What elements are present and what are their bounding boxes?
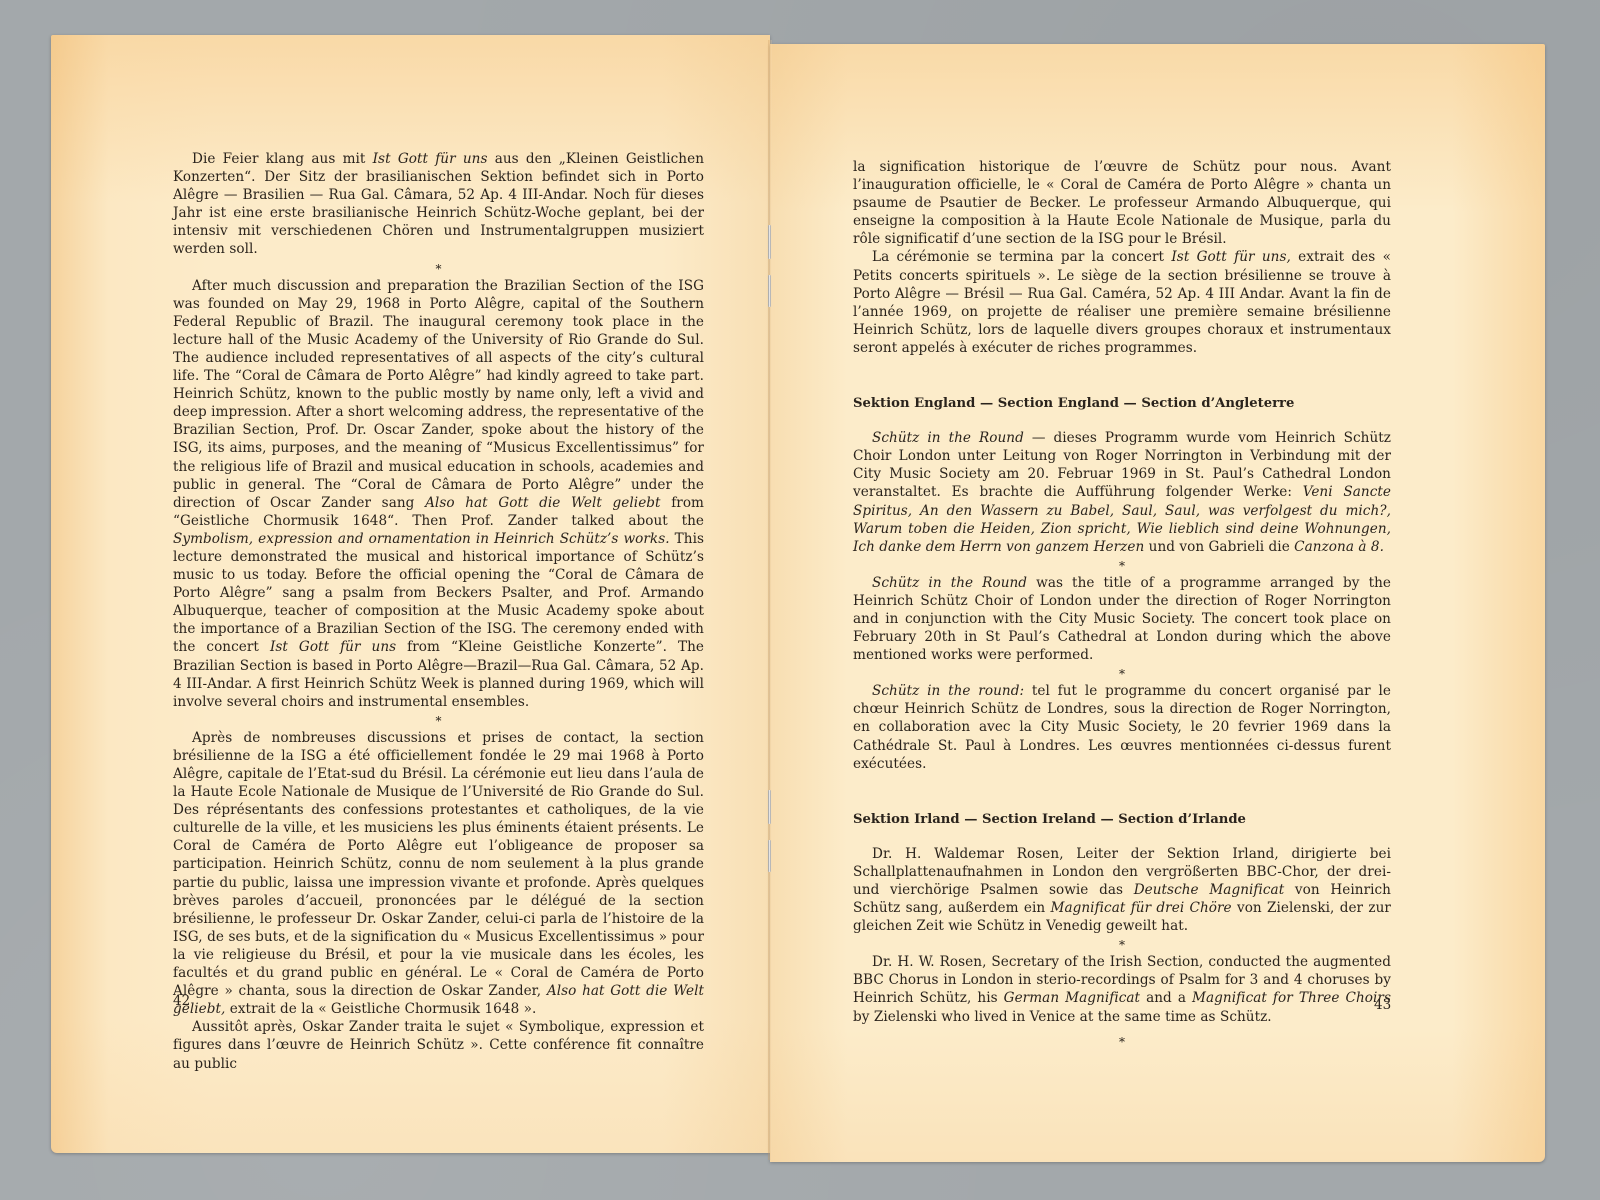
staple-top-lower [768,275,771,307]
asterisk-separator: * [853,1032,1391,1050]
section-heading: Sektion England — Section England — Sect… [853,395,1391,413]
section-heading: Sektion Irland — Section Ireland — Secti… [853,811,1391,829]
spacer [853,413,1391,429]
right-page-text: la signification historique de l’œuvre d… [853,158,1391,1050]
staple-bottom-lower [768,840,771,872]
text-run: La cérémonie se termina par la concert [872,249,1171,265]
asterisk-separator: * [853,556,1391,574]
paragraph-de: Die Feier klang aus mit Ist Gott für uns… [173,150,704,259]
paragraph-en: After much discussion and preparation th… [173,277,704,711]
text-run: This lecture demonstrated the musical an… [173,531,704,656]
paragraph-fr: Schütz in the round: tel fut le programm… [853,682,1391,772]
text-run: la signification historique de l’œuvre d… [853,159,1391,247]
italic-title: Ist Gott für uns [373,151,488,167]
book-spine [768,40,772,1160]
text-run: by Zielenski who lived in Venice at the … [853,1009,1272,1025]
italic-title: Ist Gott für uns, [1171,249,1291,265]
spacer [853,773,1391,811]
spacer [853,357,1391,395]
italic-title: Schütz in the round: [872,683,1024,699]
text-run: After much discussion and preparation th… [173,278,704,511]
page-number-right: 43 [1374,997,1391,1013]
text-run: Die Feier klang aus mit [192,151,373,167]
italic-title: Schütz in the Round [872,575,1027,591]
italic-title: German Magnificat [1004,990,1140,1006]
staple-top-upper [768,225,771,259]
text-run: und von Gabrieli die [1144,539,1294,555]
paragraph-fr: Après de nombreuses discussions et prise… [173,729,704,1019]
text-run: and a [1140,990,1192,1006]
paragraph-de: Schütz in the Round — dieses Programm wu… [853,429,1391,556]
spacer [853,829,1391,845]
asterisk-separator: * [173,259,704,277]
paragraph-en: Schütz in the Round was the title of a p… [853,574,1391,664]
italic-title: Ist Gott für uns [270,639,396,655]
asterisk-separator: * [853,664,1391,682]
staple-bottom-upper [768,790,771,824]
text-run: Après de nombreuses discussions et prise… [173,730,704,999]
paragraph-fr: la signification historique de l’œuvre d… [853,158,1391,248]
italic-title: Magnificat for Three Choirs [1192,990,1391,1006]
italic-title: Schütz in the Round [872,430,1024,446]
page-number-left: 42 [173,993,190,1009]
italic-title: Canzona à 8. [1294,539,1384,555]
paragraph-fr: Aussitôt après, Oskar Zander traita le s… [173,1018,704,1072]
paragraph-en: Dr. H. W. Rosen, Secretary of the Irish … [853,953,1391,1025]
asterisk-separator: * [853,935,1391,953]
italic-title: Also hat Gott die Welt geliebt [425,495,661,511]
paragraph-de: Dr. H. Waldemar Rosen, Leiter der Sektio… [853,845,1391,935]
italic-title: Magnificat für drei Chöre [1051,900,1232,916]
text-run: Aussitôt après, Oskar Zander traita le s… [173,1019,704,1071]
text-run: extrait de la « Geistliche Chormusik 164… [225,1001,536,1017]
italic-title: Deutsche Magnificat [1134,882,1285,898]
asterisk-separator: * [173,711,704,729]
italic-title: Symbolism, expression and ornamentation … [173,531,670,547]
paragraph-fr: La cérémonie se termina par la concert I… [853,248,1391,357]
left-page-text: Die Feier klang aus mit Ist Gott für uns… [173,150,704,1073]
